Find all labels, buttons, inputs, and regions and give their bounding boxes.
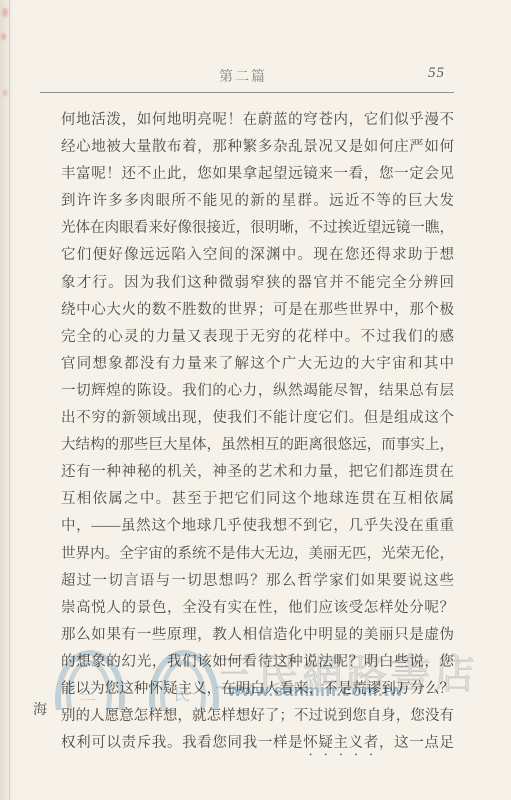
scan-smudge bbox=[1, 33, 6, 40]
scan-smudge bbox=[3, 90, 7, 96]
chapter-heading: 第二篇 bbox=[219, 66, 267, 86]
text-line: 的想象的幻光，我们该如何看待这种说法呢？明白些说，您 bbox=[61, 649, 454, 676]
text-line: 官同想象都没有力量来了解这个广大无边的大宇宙和其中 bbox=[61, 351, 454, 378]
page-body-text: 何地活泼，如何地明亮呢！在蔚蓝的穹苍内，它们似乎漫不 经心地被大量散布着，那种繁… bbox=[61, 107, 454, 757]
text-line: 出不穷的新领域出现，使我们不能计度它们。但是组成这个 bbox=[61, 405, 454, 432]
text-segment: 权利可以责斥我。我看您同我一样是 bbox=[61, 735, 303, 751]
text-line: 世界内。全宇宙的系统不是伟大无边，美丽无匹，光荣无伦， bbox=[61, 541, 454, 568]
text-line: 它们便好像远远陷入空间的深渊中。现在您还得求助于想 bbox=[61, 242, 454, 269]
text-line: 中，——虽然这个地球几乎使我想不到它，几乎失没在重重 bbox=[61, 513, 454, 540]
text-line: 一切辉煌的陈设。我们的心力，纵然竭能尽智，结果总有层 bbox=[61, 378, 454, 405]
text-line: 经心地被大量散布着，那种繁多杂乱景况又是如何庄严如何 bbox=[61, 134, 454, 161]
scan-smudge bbox=[2, 8, 8, 17]
text-line: 何地活泼，如何地明亮呢！在蔚蓝的穹苍内，它们似乎漫不 bbox=[61, 107, 454, 134]
text-line: 完全的心灵的力量又表现于无穷的花样中。不过我们的感 bbox=[61, 324, 454, 351]
text-line: 到许许多多肉眼所不能见的新的星群。远近不等的巨大发 bbox=[61, 188, 454, 215]
text-line: 绕中心大火的数不胜数的世界；可是在那些世界中，那个极 bbox=[61, 297, 454, 324]
text-segment: ，这一点足 bbox=[379, 735, 454, 751]
text-line: 光体在肉眼看来好像很接近，很明晰，不过挨近望远镜一瞧， bbox=[61, 215, 454, 242]
emphasized-term: 怀疑主义者 bbox=[303, 735, 379, 751]
text-line: 大结构的那些巨大星体，虽然相互的距离很悠远，而事实上， bbox=[61, 432, 454, 459]
header-divider bbox=[40, 92, 454, 93]
margin-label: 海 bbox=[33, 699, 47, 719]
text-line: 象才行。因为我们这种微弱窄狭的器官并不能完全分辨回 bbox=[61, 270, 454, 297]
text-line: 能以为您这种怀疑主义，在明白人看来，不是荒谬到万分么？ bbox=[61, 676, 454, 703]
book-page: 第二篇 55 何地活泼，如何地明亮呢！在蔚蓝的穹苍内，它们似乎漫不 经心地被大量… bbox=[0, 0, 511, 800]
text-line: 超过一切言语与一切思想吗？那么哲学家们如果要说这些 bbox=[61, 568, 454, 595]
page-crease-line bbox=[9, 0, 10, 800]
text-line: 丰富呢！还不止此，您如果拿起望远镜来一看，您一定会见 bbox=[61, 161, 454, 188]
text-line-emphasized: 权利可以责斥我。我看您同我一样是怀疑主义者，这一点足 bbox=[61, 730, 454, 757]
page-number: 55 bbox=[428, 65, 445, 82]
text-line: 别的人愿意怎样想，就怎样想好了；不过说到您自身，您没有 bbox=[61, 703, 454, 730]
text-line: 还有一种神秘的机关，神圣的艺术和力量，把它们都连贯在 bbox=[61, 459, 454, 486]
text-line: 那么如果有一些原理，教人相信造化中明显的美丽只是虚伪 bbox=[61, 622, 454, 649]
text-line: 互相依属之中。甚至于把它们同这个地球连贯在互相依属 bbox=[61, 486, 454, 513]
text-line: 崇高悦人的景色，全没有实在性，他们应该受怎样处分呢？ bbox=[61, 595, 454, 622]
